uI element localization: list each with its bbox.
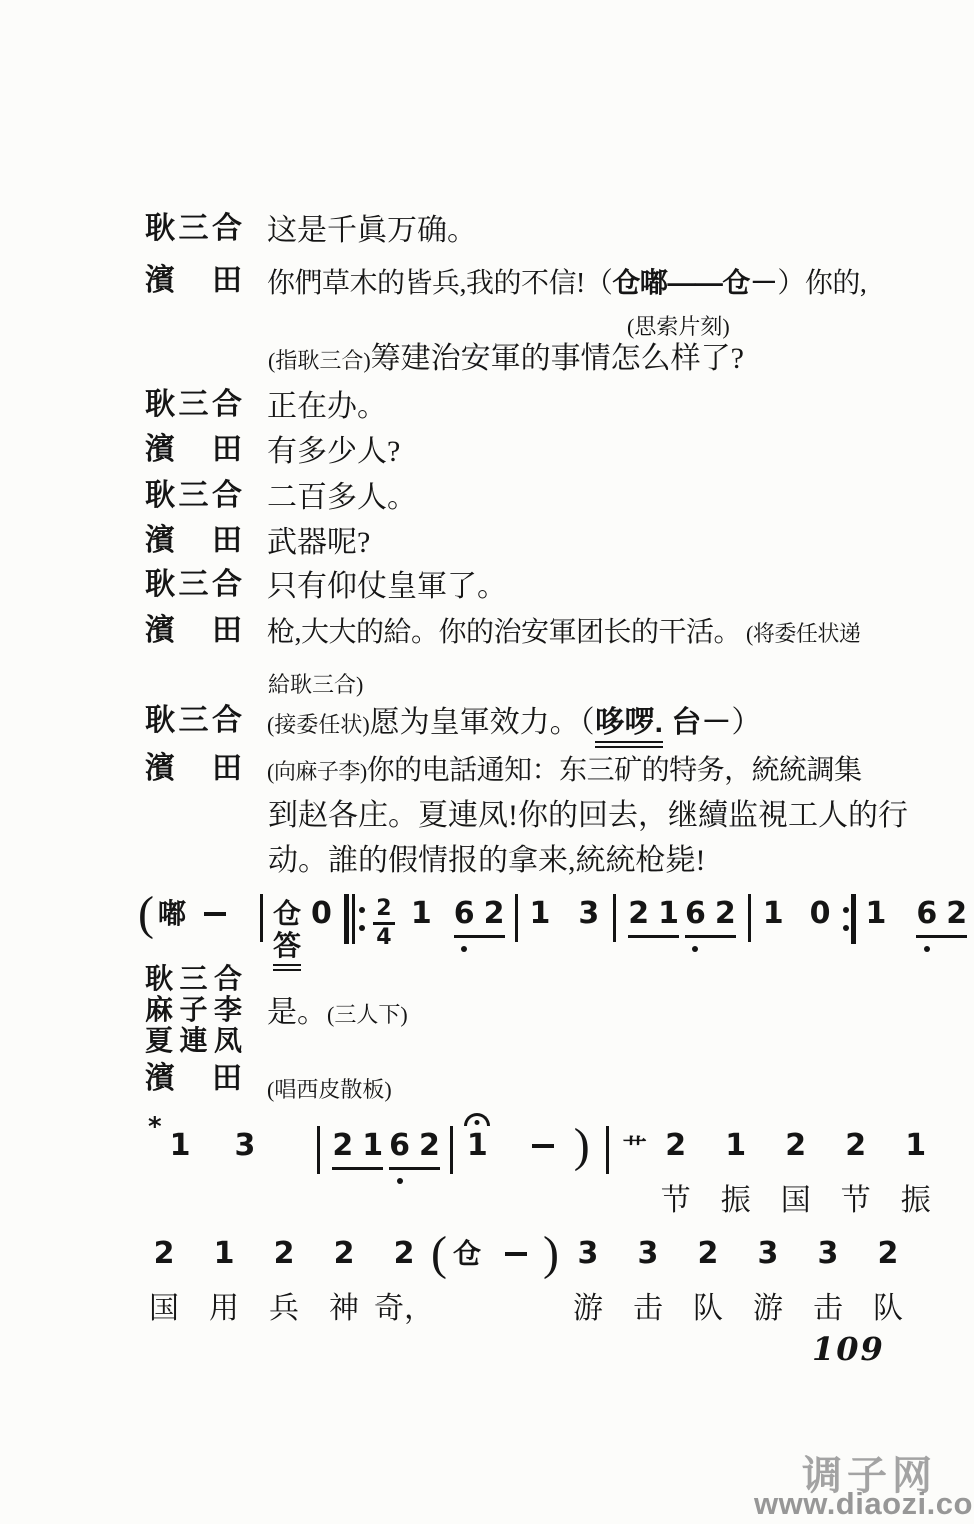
beam-underline (454, 935, 505, 938)
speaker-name-char: 濱 (145, 433, 175, 467)
dialogue-text-segment: 筹建治安軍的事情怎么样了? (371, 342, 744, 375)
music-note: 2 (274, 1238, 295, 1270)
note-with-lyric: 1振 (717, 1130, 755, 1219)
music-note: 1 (214, 1238, 235, 1270)
dialogue-text-segment: ）你的, (777, 268, 866, 299)
sustain-dash (505, 1252, 527, 1256)
lyric: 国 (149, 1283, 179, 1327)
speaker-name-char: 耿 (145, 704, 175, 738)
barline (317, 1126, 320, 1174)
dialogue-text-segment: 二百多人。 (267, 481, 417, 514)
barline (515, 894, 518, 942)
music-notation-line: (嘟仓答02416213216210162* (138, 898, 974, 971)
dialogue-text-segment: 仓嘟——仓－ (612, 267, 777, 298)
lyric: 节 (841, 1175, 871, 1219)
speaker-name: 耿三合 (145, 388, 242, 422)
note-with-lyric: 1用 (205, 1238, 243, 1327)
music-parenthesis: ) (543, 1233, 559, 1275)
beam-underline (685, 935, 736, 938)
dialogue-text-segment: 哆啰. (595, 706, 663, 748)
speaker-name-char: 田 (212, 1062, 242, 1096)
lyric: 神 (329, 1283, 359, 1327)
dialogue-row: 到赵各庄。夏連凤!你的回去，继續监視工人的行 (268, 797, 908, 834)
speaker-name: 耿三合 (145, 568, 242, 602)
time-signature: 24 (373, 898, 395, 949)
beam-underline (332, 1167, 383, 1170)
lyric: 击 (813, 1283, 843, 1327)
note-with-lyric: 2节 (837, 1130, 875, 1219)
beam-underline (916, 935, 967, 938)
speaker-name: 耿三合 (145, 963, 242, 994)
dialogue-text-segment: 只有仰仗皇軍了。 (267, 570, 507, 603)
music-note: 1 (362, 1130, 383, 1162)
dialogue-row: 耿三合麻子李夏連凤是。(三人下) (145, 963, 408, 1056)
music-note: 1 (170, 1130, 191, 1162)
dialogue-text-segment: 这是千眞万确。 (267, 214, 477, 247)
stage-direction-text: (接委任状) (267, 712, 370, 737)
music-note: 2 (484, 898, 505, 930)
music-note-low-octave: 6 (685, 898, 706, 930)
music-parenthesis: ) (574, 1125, 590, 1167)
dialogue-row: 耿三合(接委任状)愿为皇軍效力。（哆啰. 台－） (145, 704, 761, 743)
music-note: 3 (578, 898, 599, 930)
dialogue-text-segment: 正在办。 (267, 390, 387, 423)
speaker-name-char: 三 (179, 479, 209, 513)
speaker-name-char: 濱 (145, 752, 175, 786)
barline (613, 894, 616, 942)
dialogue-text: 到赵各庄。夏連凤!你的回去，继續监視工人的行 (268, 797, 908, 834)
stage-direction-text: 給耿三合) (268, 672, 363, 697)
music-note-group: 62 (454, 898, 505, 938)
percussion-syllable: 嘟 (158, 898, 186, 930)
note-with-lyric: 3击 (809, 1238, 847, 1327)
dialogue-row: 濱田(向麻子李)你的电話通知：东三矿的特务，統統調集 (145, 752, 862, 790)
note-with-lyric: 2节 (657, 1130, 695, 1219)
music-note: 3 (818, 1238, 839, 1270)
dialogue-text-segment: 愿为皇軍效力。（ (370, 706, 595, 739)
dialogue-row: 耿三合正在办。 (145, 388, 387, 425)
dialogue-text: 是。(三人下) (267, 994, 408, 1033)
speaker-name-char: 田 (212, 614, 242, 648)
music-note: 2 (946, 898, 967, 930)
lyric: 队 (693, 1283, 723, 1327)
music-note-low-octave: 6 (454, 898, 475, 930)
music-note: 2 (394, 1238, 415, 1270)
speaker-name: 濱田 (145, 752, 242, 786)
lyric: 兵 (269, 1283, 299, 1327)
music-note: 1 (725, 1130, 746, 1162)
dialogue-row: 濱田枪,大大的給。你的治安軍团长的干活。 (将委任状递 (145, 614, 860, 652)
music-note: 2 (154, 1238, 175, 1270)
speaker-name-char: 三 (179, 568, 209, 602)
note-with-lyric: 2神 (325, 1238, 363, 1327)
dialogue-text: 这是千眞万确。 (267, 212, 477, 249)
music-parenthesis: ( (138, 893, 154, 935)
repeat-begin-sign (344, 894, 367, 944)
music-note: 2 (878, 1238, 899, 1270)
dialogue-text-segment: ） (731, 706, 761, 739)
stage-direction-text: (唱西皮散板) (267, 1077, 392, 1102)
note-with-lyric: 2国 (145, 1238, 183, 1327)
lyric: 国 (781, 1175, 811, 1219)
lyric: 击 (633, 1283, 663, 1327)
music-note: 3 (638, 1238, 659, 1270)
dialogue-row: 耿三合这是千眞万确。 (145, 212, 477, 249)
free-meter-symbol: 艹 (623, 1128, 647, 1163)
dialogue-text: 只有仰仗皇軍了。 (267, 568, 507, 605)
dialogue-text-segment: 你們草木的皆兵,我的不信!（ (267, 268, 612, 299)
stage-direction-text: (将委任状递 (741, 621, 860, 646)
speaker-name: 濱田 (145, 264, 242, 298)
music-note-low-octave: 6 (916, 898, 937, 930)
music-note-group: 62 (685, 898, 736, 938)
music-note: 2 (665, 1130, 686, 1162)
dialogue-row: 濱田有多少人? (145, 433, 400, 470)
music-note: 2 (419, 1130, 440, 1162)
music-note: 2 (698, 1238, 719, 1270)
note-with-lyric: 2队 (869, 1238, 907, 1327)
dialogue-text-segment: 台－ (663, 706, 731, 739)
dialogue-text-segment: 你的电話通知：东三矿的特务，統統調集 (367, 755, 862, 786)
note-with-lyric: 2队 (689, 1238, 727, 1327)
speaker-name-char: 連 (179, 1025, 207, 1056)
speaker-name: 麻子李 (145, 994, 242, 1025)
music-note-group: 62 (389, 1130, 440, 1170)
dialogue-row: (指耿三合)筹建治安軍的事情怎么样了? (268, 340, 744, 379)
page-number: 109 (812, 1330, 885, 1368)
speaker-name-char: 凤 (214, 1025, 242, 1056)
music-note-fermata: 1 (467, 1130, 488, 1162)
lyric: 队 (873, 1283, 903, 1327)
barline (748, 894, 751, 942)
repeat-end-sign (839, 894, 856, 944)
music-note: 0 (810, 898, 831, 930)
lyric: 游 (753, 1283, 783, 1327)
speaker-name-char: 三 (179, 704, 209, 738)
music-note: 2 (785, 1130, 806, 1162)
music-note: 1 (866, 898, 887, 930)
speaker-name-char: 耿 (145, 212, 175, 246)
dialogue-text: 你們草木的皆兵,我的不信!（仓嘟——仓－）你的, (267, 264, 866, 302)
music-note-group: 21 (628, 898, 679, 938)
stage-direction-text: (思索片刻) (627, 314, 730, 339)
lyric: 奇， (374, 1283, 434, 1327)
speaker-name-char: 田 (212, 264, 242, 298)
speaker-name-char: 合 (214, 963, 242, 994)
speaker-name-char: 濱 (145, 264, 175, 298)
barline (260, 894, 263, 942)
music-note: 3 (234, 1130, 255, 1162)
dialogue-text-segment: 枪,大大的給。你的治安軍团长的干活。 (267, 617, 741, 648)
speaker-name-char: 耿 (145, 388, 175, 422)
time-signature-denominator: 4 (376, 927, 391, 949)
speaker-name: 濱田 (145, 614, 242, 648)
speaker-name: 夏連凤 (145, 1025, 242, 1056)
music-note: 3 (758, 1238, 779, 1270)
watermark-url: www.diaozi.com (754, 1486, 974, 1522)
music-note-group: 21 (332, 1130, 383, 1170)
note-with-lyric: 3游 (749, 1238, 787, 1327)
dialogue-text: (接委任状)愿为皇軍效力。（哆啰. 台－） (267, 704, 761, 743)
speaker-name-char: 合 (212, 212, 242, 246)
lyric: 振 (901, 1175, 931, 1219)
lyric: 振 (721, 1175, 751, 1219)
dialogue-text: (唱西皮散板) (267, 1062, 392, 1108)
speaker-name-char: 麻 (145, 994, 173, 1025)
dialogue-row: 濱田(唱西皮散板) (145, 1062, 392, 1108)
music-note-low-octave: 6 (389, 1130, 410, 1162)
dialogue-row: 給耿三合) (268, 664, 363, 703)
speaker-name: 耿三合 (145, 479, 242, 513)
music-note: 1 (763, 898, 784, 930)
percussion-syllable: 仓 (453, 1238, 481, 1270)
note-with-lyric: 2兵 (265, 1238, 303, 1327)
music-note: 1 (658, 898, 679, 930)
music-note-group: 62* (916, 898, 967, 938)
speaker-name-char: 合 (212, 704, 242, 738)
music-note: 2 (332, 1130, 353, 1162)
speaker-name-stack: 耿三合麻子李夏連凤 (145, 963, 242, 1056)
dialogue-row: 动。誰的假情报的拿来,統統枪毙! (268, 842, 706, 879)
dialogue-text-segment: 到赵各庄。夏連凤!你的回去，继續监視工人的行 (268, 799, 908, 832)
dialogue-row: 濱田你們草木的皆兵,我的不信!（仓嘟——仓－）你的, (145, 264, 866, 302)
speaker-name-char: 合 (212, 568, 242, 602)
music-note: 2 (715, 898, 736, 930)
music-note: 0 (311, 898, 332, 930)
speaker-name-char: 田 (212, 752, 242, 786)
music-note: 2 (845, 1130, 866, 1162)
dialogue-row: 耿三合只有仰仗皇軍了。 (145, 568, 507, 605)
stage-direction-text: (三人下) (327, 1002, 408, 1027)
dialogue-text-segment: 动。誰的假情报的拿来,統統枪毙! (268, 844, 706, 877)
speaker-name-char: 耿 (145, 568, 175, 602)
dialogue-text: 枪,大大的給。你的治安軍团长的干活。 (将委任状递 (267, 614, 860, 652)
dialogue-row: 耿三合二百多人。 (145, 479, 417, 516)
note-with-lyric: 1振 (897, 1130, 935, 1219)
speaker-name-char: 濱 (145, 614, 175, 648)
speaker-name: 耿三合 (145, 212, 242, 246)
speaker-name-char: 子 (179, 994, 207, 1025)
score-page: 109 调子网 www.diaozi.com 耿三合这是千眞万确。濱田你們草木的… (0, 0, 974, 1524)
dialogue-row: 濱田武器呢? (145, 524, 370, 561)
speaker-name-char: 耿 (145, 963, 173, 994)
speaker-name: 濱田 (145, 1062, 242, 1096)
note-with-lyric: 3击 (629, 1238, 667, 1327)
time-signature-numerator: 2 (376, 898, 391, 920)
dialogue-text: 正在办。 (267, 388, 387, 425)
sustain-dash (204, 912, 226, 916)
speaker-name-char: 濱 (145, 524, 175, 558)
dialogue-text-segment: 武器呢? (267, 526, 370, 559)
speaker-name-char: 夏 (145, 1025, 173, 1056)
barline (606, 1126, 609, 1174)
stage-direction-text: (指耿三合) (268, 348, 371, 373)
speaker-name-char: 濱 (145, 1062, 175, 1096)
lyric: 游 (573, 1283, 603, 1327)
music-notation-line: 2国1用2兵2神2奇，(仓)3游3击2队3游3击2队 (145, 1238, 907, 1327)
dialogue-text: 給耿三合) (268, 664, 363, 703)
dialogue-text: 武器呢? (267, 524, 370, 561)
speaker-name-char: 三 (179, 212, 209, 246)
music-note: 1 (530, 898, 551, 930)
speaker-name-char: 李 (214, 994, 242, 1025)
music-note: 1 (411, 898, 432, 930)
dialogue-text-segment: 有多少人? (267, 435, 400, 468)
beam-underline (628, 935, 679, 938)
dialogue-text: (指耿三合)筹建治安軍的事情怎么样了? (268, 340, 744, 379)
speaker-name-char: 耿 (145, 479, 175, 513)
note-with-lyric: 3游 (569, 1238, 607, 1327)
speaker-name-char: 合 (212, 388, 242, 422)
speaker-name-char: 田 (212, 524, 242, 558)
music-note: 2 (334, 1238, 355, 1270)
music-note: 3 (578, 1238, 599, 1270)
speaker-name-char: 三 (179, 963, 207, 994)
music-parenthesis: ( (431, 1233, 447, 1275)
percussion-syllable: 仓答 (273, 898, 301, 971)
note-with-lyric: 2国 (777, 1130, 815, 1219)
dialogue-text: 动。誰的假情报的拿来,統統枪毙! (268, 842, 706, 879)
speaker-name-char: 三 (179, 388, 209, 422)
speaker-name: 濱田 (145, 433, 242, 467)
beam-underline (389, 1167, 440, 1170)
speaker-name: 濱田 (145, 524, 242, 558)
dialogue-text: 有多少人? (267, 433, 400, 470)
dialogue-text: 二百多人。 (267, 479, 417, 516)
barline (450, 1126, 453, 1174)
lyric: 节 (661, 1175, 691, 1219)
sustain-dash (532, 1144, 554, 1148)
lyric: 用 (209, 1283, 239, 1327)
note-with-lyric: 2奇， (385, 1238, 423, 1327)
music-note: 1 (905, 1130, 926, 1162)
dialogue-text: (向麻子李)你的电話通知：东三矿的特务，統統調集 (267, 752, 862, 790)
speaker-name-char: 田 (212, 433, 242, 467)
music-notation-line: *1321621)艹2节1振2国2节1振 (148, 1130, 935, 1219)
speaker-name-char: 合 (212, 479, 242, 513)
asterisk-marker: * (148, 1112, 162, 1142)
music-note: 2 (628, 898, 649, 930)
stage-direction-text: (向麻子李) (267, 759, 367, 784)
dialogue-text-segment: 是。 (267, 996, 327, 1029)
speaker-name: 耿三合 (145, 704, 242, 738)
